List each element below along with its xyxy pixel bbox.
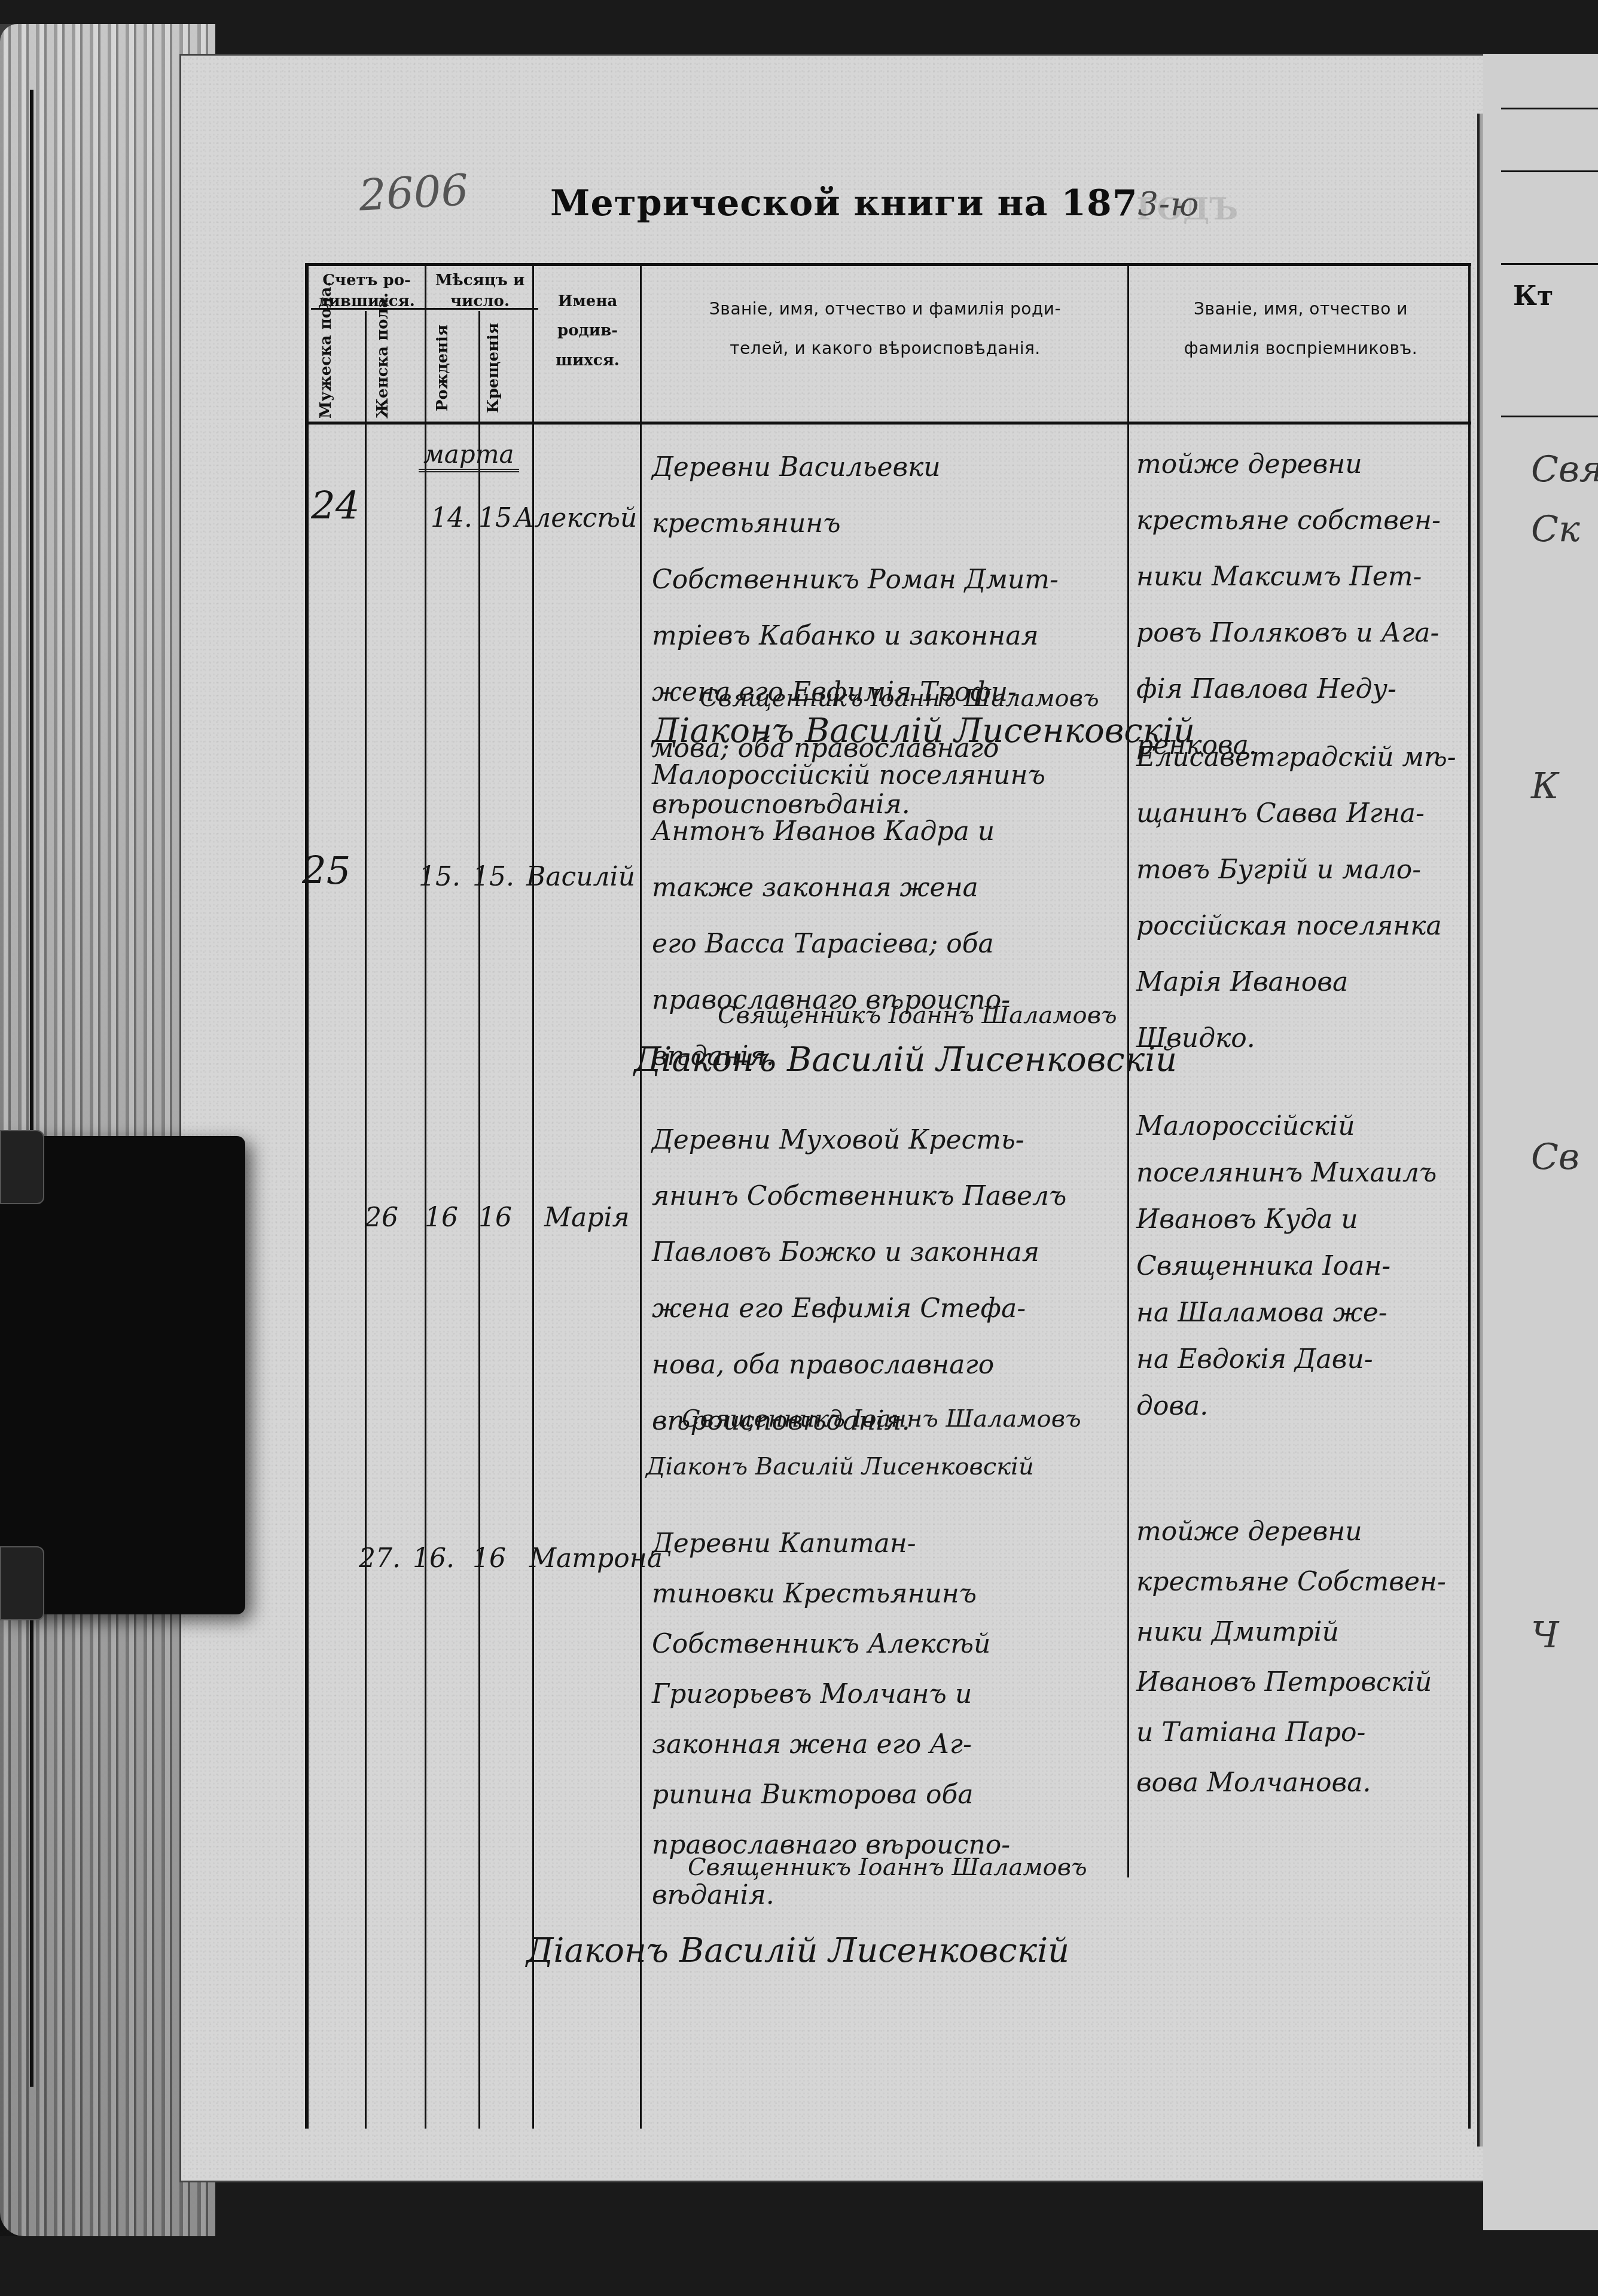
entry-child-name: Марія [544,1190,630,1246]
header-godparents: Званіе, имя, отчество и фамилія воспріем… [1136,299,1465,358]
deacon-signature: Діаконъ Василій Лисенковскій [526,1931,1069,1970]
entry-baptism-day: 15. [472,849,514,905]
entry-birth-day: 15. [419,849,461,905]
header-count-female: Женска пола. [374,317,422,419]
entry-godparents: Малороссійскій поселянинъ Михаилъ Иванов… [1136,1103,1483,1430]
entry-baptism-day: 16 [478,1190,512,1246]
entry-birth-day: 16. [413,1531,455,1587]
header-count-male: Мужеска пола. [317,317,365,419]
entry-baptism-day: 16 [472,1531,506,1587]
next-page-header-fragment: Кт [1513,281,1553,312]
priest-signature: Священникъ Іоаннъ Шаламовъ [718,996,1117,1035]
header-names: Имена родив- шихся. [535,287,640,375]
next-page-rule [1501,170,1598,172]
table-rule-top [305,263,1471,266]
header-date-baptism: Крещенія [484,317,526,419]
entry-baptism-day: 15 [478,490,512,546]
col-line [640,263,642,2129]
title-text: Метрической книги на 187 [550,182,1137,224]
next-page-script: К [1531,765,1559,807]
entry-child-name: Алексѣй [514,490,637,546]
deacon-signature: Діаконъ Василій Лисенковскій [652,712,1195,750]
entry-male-number: 24 [311,484,359,529]
archive-page-number: 2606 [358,164,469,220]
entry-birth-day: 14. [431,490,472,546]
next-page-rule [1501,416,1598,417]
deacon-signature: Діаконъ Василій Лисенковскій [646,1447,1034,1486]
page-title: Метрической книги на 1873-ю [550,182,1200,224]
entry-child-name: Матрона [529,1531,663,1587]
binder-clip [0,1136,245,1614]
entry-child-name: Василій [526,849,635,905]
next-page-rule [1501,263,1598,265]
entry-birth-day: 16 [425,1190,458,1246]
deacon-signature: Діаконъ Василій Лисенковскій [634,1040,1177,1079]
next-page-script: Ск [1531,508,1580,550]
entry-female-number: 27. [359,1531,401,1587]
next-page-script: Ч [1531,1614,1559,1656]
month-label: марта [419,439,519,472]
entry-female-number: 26 [365,1190,398,1246]
priest-signature: Священникъ Іоаннъ Шаламовъ [682,1399,1081,1439]
entry-male-number: 25 [302,849,350,893]
header-date-birth: Рожденія [434,317,475,419]
next-page-script: Свя [1531,448,1598,490]
entry-godparents: Елисаветградскій мѣ- щанинъ Савва Игна- … [1136,729,1483,1067]
priest-signature: Священникъ Іоаннъ Шаламовъ [688,1848,1087,1887]
next-page-script: Св [1531,1136,1579,1178]
header-parents: Званіе, имя, отчество и фамилія роди- те… [649,299,1121,358]
header-date-group: Мѣсяцъ и число. [428,270,532,312]
col-line [305,263,309,2129]
next-page-rule [1501,108,1598,109]
title-year-suffix: 3-ю [1137,185,1199,223]
entry-godparents: тойже деревни крестьяне Собствен- ники Д… [1136,1507,1483,1808]
